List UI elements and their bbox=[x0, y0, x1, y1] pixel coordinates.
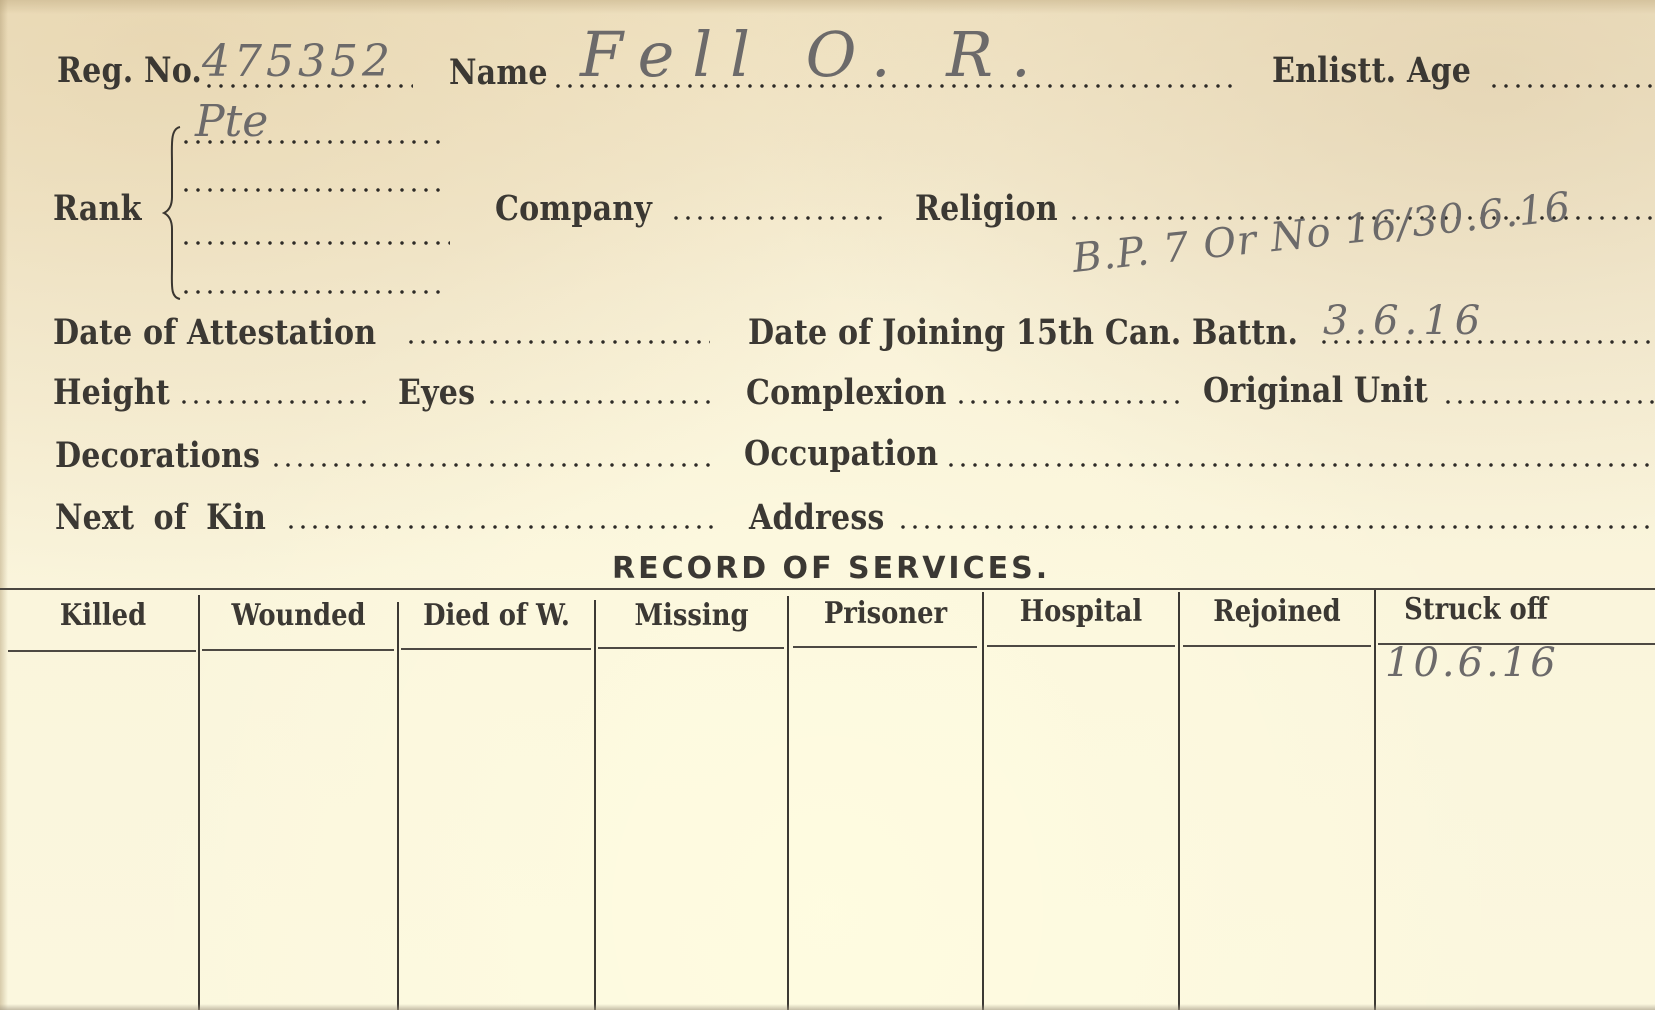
header-underline bbox=[793, 646, 977, 648]
rank-line-4-dots bbox=[180, 290, 448, 294]
name-label: Name bbox=[449, 52, 548, 93]
original-unit-label: Original Unit bbox=[1203, 370, 1428, 411]
next-of-kin-dots bbox=[285, 525, 713, 529]
decorations-dots bbox=[270, 463, 710, 467]
company-dots bbox=[670, 216, 890, 220]
occupation-label: Occupation bbox=[744, 433, 938, 474]
address-dots bbox=[897, 525, 1655, 529]
next-of-kin-label: Next of Kin bbox=[55, 497, 266, 538]
column-divider bbox=[594, 600, 596, 1010]
marginal-annotation: B.P. 7 Or No 16/30.6.16 bbox=[1070, 184, 1573, 282]
column-header-struck-off: Struck off bbox=[1390, 592, 1562, 627]
name-value[interactable]: Fell O. R. bbox=[580, 18, 1049, 91]
card-top-edge bbox=[0, 0, 1655, 14]
column-divider bbox=[982, 592, 984, 1010]
date-of-joining-value[interactable]: 3.6.16 bbox=[1323, 298, 1486, 344]
enlist-age-label: Enlistt. Age bbox=[1272, 50, 1471, 91]
header-underline bbox=[1183, 645, 1371, 647]
religion-label: Religion bbox=[915, 188, 1058, 229]
column-header-killed: Killed bbox=[21, 598, 184, 633]
column-header-died-of-wounds: Died of W. bbox=[413, 598, 581, 633]
complexion-label: Complexion bbox=[746, 372, 947, 413]
enlist-age-dots bbox=[1488, 84, 1655, 88]
column-header-rejoined: Rejoined bbox=[1194, 594, 1361, 629]
company-label: Company bbox=[495, 188, 652, 229]
address-label: Address bbox=[749, 497, 885, 538]
date-of-attestation-dots bbox=[405, 340, 710, 344]
rank-line-3-dots bbox=[180, 241, 450, 245]
eyes-dots bbox=[486, 400, 710, 404]
record-of-services-heading: RECORD OF SERVICES. bbox=[612, 551, 1050, 586]
reg-no-value[interactable]: 475352 bbox=[202, 36, 394, 87]
date-of-attestation-label: Date of Attestation bbox=[53, 312, 376, 353]
column-divider bbox=[397, 602, 399, 1010]
header-underline bbox=[401, 648, 591, 650]
column-header-hospital: Hospital bbox=[998, 594, 1165, 629]
header-underline bbox=[8, 650, 196, 652]
eyes-label: Eyes bbox=[398, 372, 475, 413]
rank-brace-icon bbox=[162, 125, 182, 300]
complexion-dots bbox=[955, 400, 1180, 404]
struck-off-date[interactable]: 10.6.16 bbox=[1385, 640, 1559, 686]
column-divider bbox=[1178, 592, 1180, 1010]
height-dots bbox=[178, 400, 366, 404]
service-record-card: Reg. No. 475352 Name Fell O. R. Enlistt.… bbox=[0, 0, 1655, 1010]
card-left-edge bbox=[0, 0, 8, 1010]
column-header-prisoner: Prisoner bbox=[803, 596, 969, 631]
column-divider bbox=[1374, 590, 1376, 1010]
decorations-label: Decorations bbox=[55, 435, 260, 476]
reg-no-label: Reg. No. bbox=[57, 50, 202, 91]
rank-label: Rank bbox=[53, 188, 142, 229]
rank-line-2-dots bbox=[180, 188, 445, 192]
card-bottom-edge bbox=[0, 1004, 1655, 1010]
column-divider bbox=[787, 596, 789, 1010]
rank-line-1-value[interactable]: Pte bbox=[195, 96, 268, 147]
occupation-dots bbox=[945, 463, 1655, 467]
date-of-joining-label: Date of Joining 15th Can. Battn. bbox=[748, 312, 1298, 353]
column-header-missing: Missing bbox=[609, 598, 773, 633]
header-underline bbox=[202, 649, 394, 651]
column-divider bbox=[198, 595, 200, 1010]
height-label: Height bbox=[53, 372, 170, 413]
original-unit-dots bbox=[1442, 400, 1655, 404]
table-top-rule bbox=[0, 588, 1655, 590]
header-underline bbox=[987, 645, 1175, 647]
header-underline bbox=[598, 647, 784, 649]
column-header-wounded: Wounded bbox=[214, 598, 383, 633]
